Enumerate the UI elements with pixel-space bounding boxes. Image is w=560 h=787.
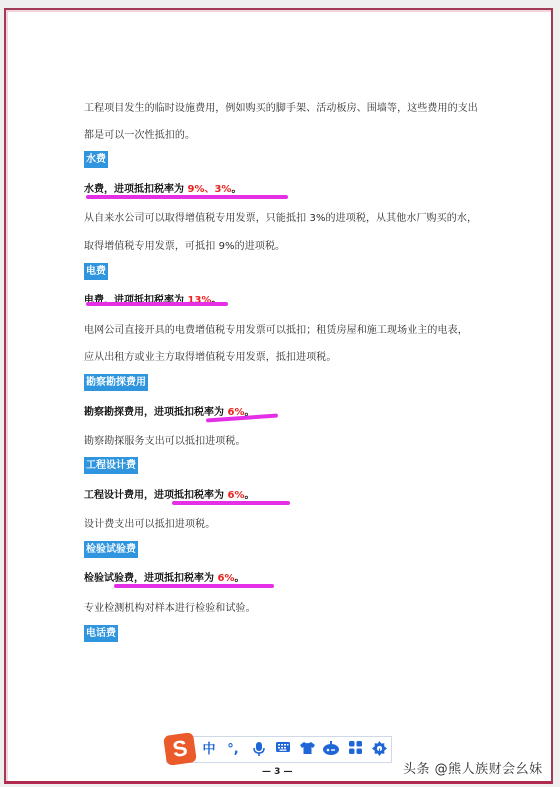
section-heading-testing: 检验试验费 <box>84 541 138 558</box>
keyboard-icon[interactable] <box>275 741 291 758</box>
body-line: 取得增值税专用发票，可抵扣 9%的进项税。 <box>84 237 285 252</box>
toolbox-grid-icon[interactable] <box>347 741 363 758</box>
robot-icon[interactable] <box>323 741 339 758</box>
rate-line-survey: 勘察勘探费用，进项抵扣税率为 6%。 <box>84 403 254 418</box>
rate-line-water: 水费，进项抵扣税率为 9%、3%。 <box>84 180 241 195</box>
watermark-text: 头条 @熊人族财会幺妹 <box>403 758 543 777</box>
chinese-mode-icon[interactable]: 中 <box>201 741 217 758</box>
body-line: 电网公司直接开具的电费增值税专用发票可以抵扣；租赁房屋和施工现场业主的电表， <box>84 321 468 336</box>
intro-line-2: 都是可以一次性抵扣的。 <box>84 126 195 141</box>
highlight-underline <box>172 501 290 505</box>
sogou-logo-icon[interactable]: S <box>163 732 197 766</box>
rate-line-design: 工程设计费用，进项抵扣税率为 6%。 <box>84 486 254 501</box>
intro-line-1: 工程项目发生的临时设施费用，例如购买的脚手架、活动板房、围墙等，这些费用的支出 <box>84 99 478 114</box>
body-line: 从自来水公司可以取得增值税专用发票，只能抵扣 3%的进项税，从其他水厂购买的水， <box>84 209 477 224</box>
section-heading-phone: 电话费 <box>84 625 118 642</box>
body-line: 专业检测机构对样本进行检验和试验。 <box>84 599 256 614</box>
microphone-icon[interactable] <box>251 741 267 758</box>
ime-toolbar[interactable]: S 中 °, <box>166 736 392 763</box>
section-heading-design: 工程设计费 <box>84 457 138 474</box>
skin-shirt-icon[interactable] <box>299 741 315 758</box>
page-number: — 3 — <box>262 767 293 777</box>
section-heading-electricity: 电费 <box>84 263 108 280</box>
section-heading-survey: 勘察勘探费用 <box>84 374 148 391</box>
highlight-underline <box>114 584 274 588</box>
document-page <box>4 8 553 784</box>
punctuation-icon[interactable]: °, <box>225 741 241 758</box>
highlight-underline <box>86 195 288 199</box>
rate-value: 6% <box>217 573 234 584</box>
highlight-underline <box>86 302 228 306</box>
rate-line-testing: 检验试验费，进项抵扣税率为 6%。 <box>84 569 244 584</box>
settings-gear-icon[interactable] <box>371 741 387 758</box>
section-heading-water: 水费 <box>84 151 108 168</box>
body-line: 应从出租方或业主方取得增值税专用发票，抵扣进项税。 <box>84 348 337 363</box>
rate-value: 9%、3% <box>187 184 231 195</box>
rate-value: 6% <box>227 490 244 501</box>
body-line: 勘察勘探服务支出可以抵扣进项税。 <box>84 432 246 447</box>
body-line: 设计费支出可以抵扣进项税。 <box>84 515 215 530</box>
